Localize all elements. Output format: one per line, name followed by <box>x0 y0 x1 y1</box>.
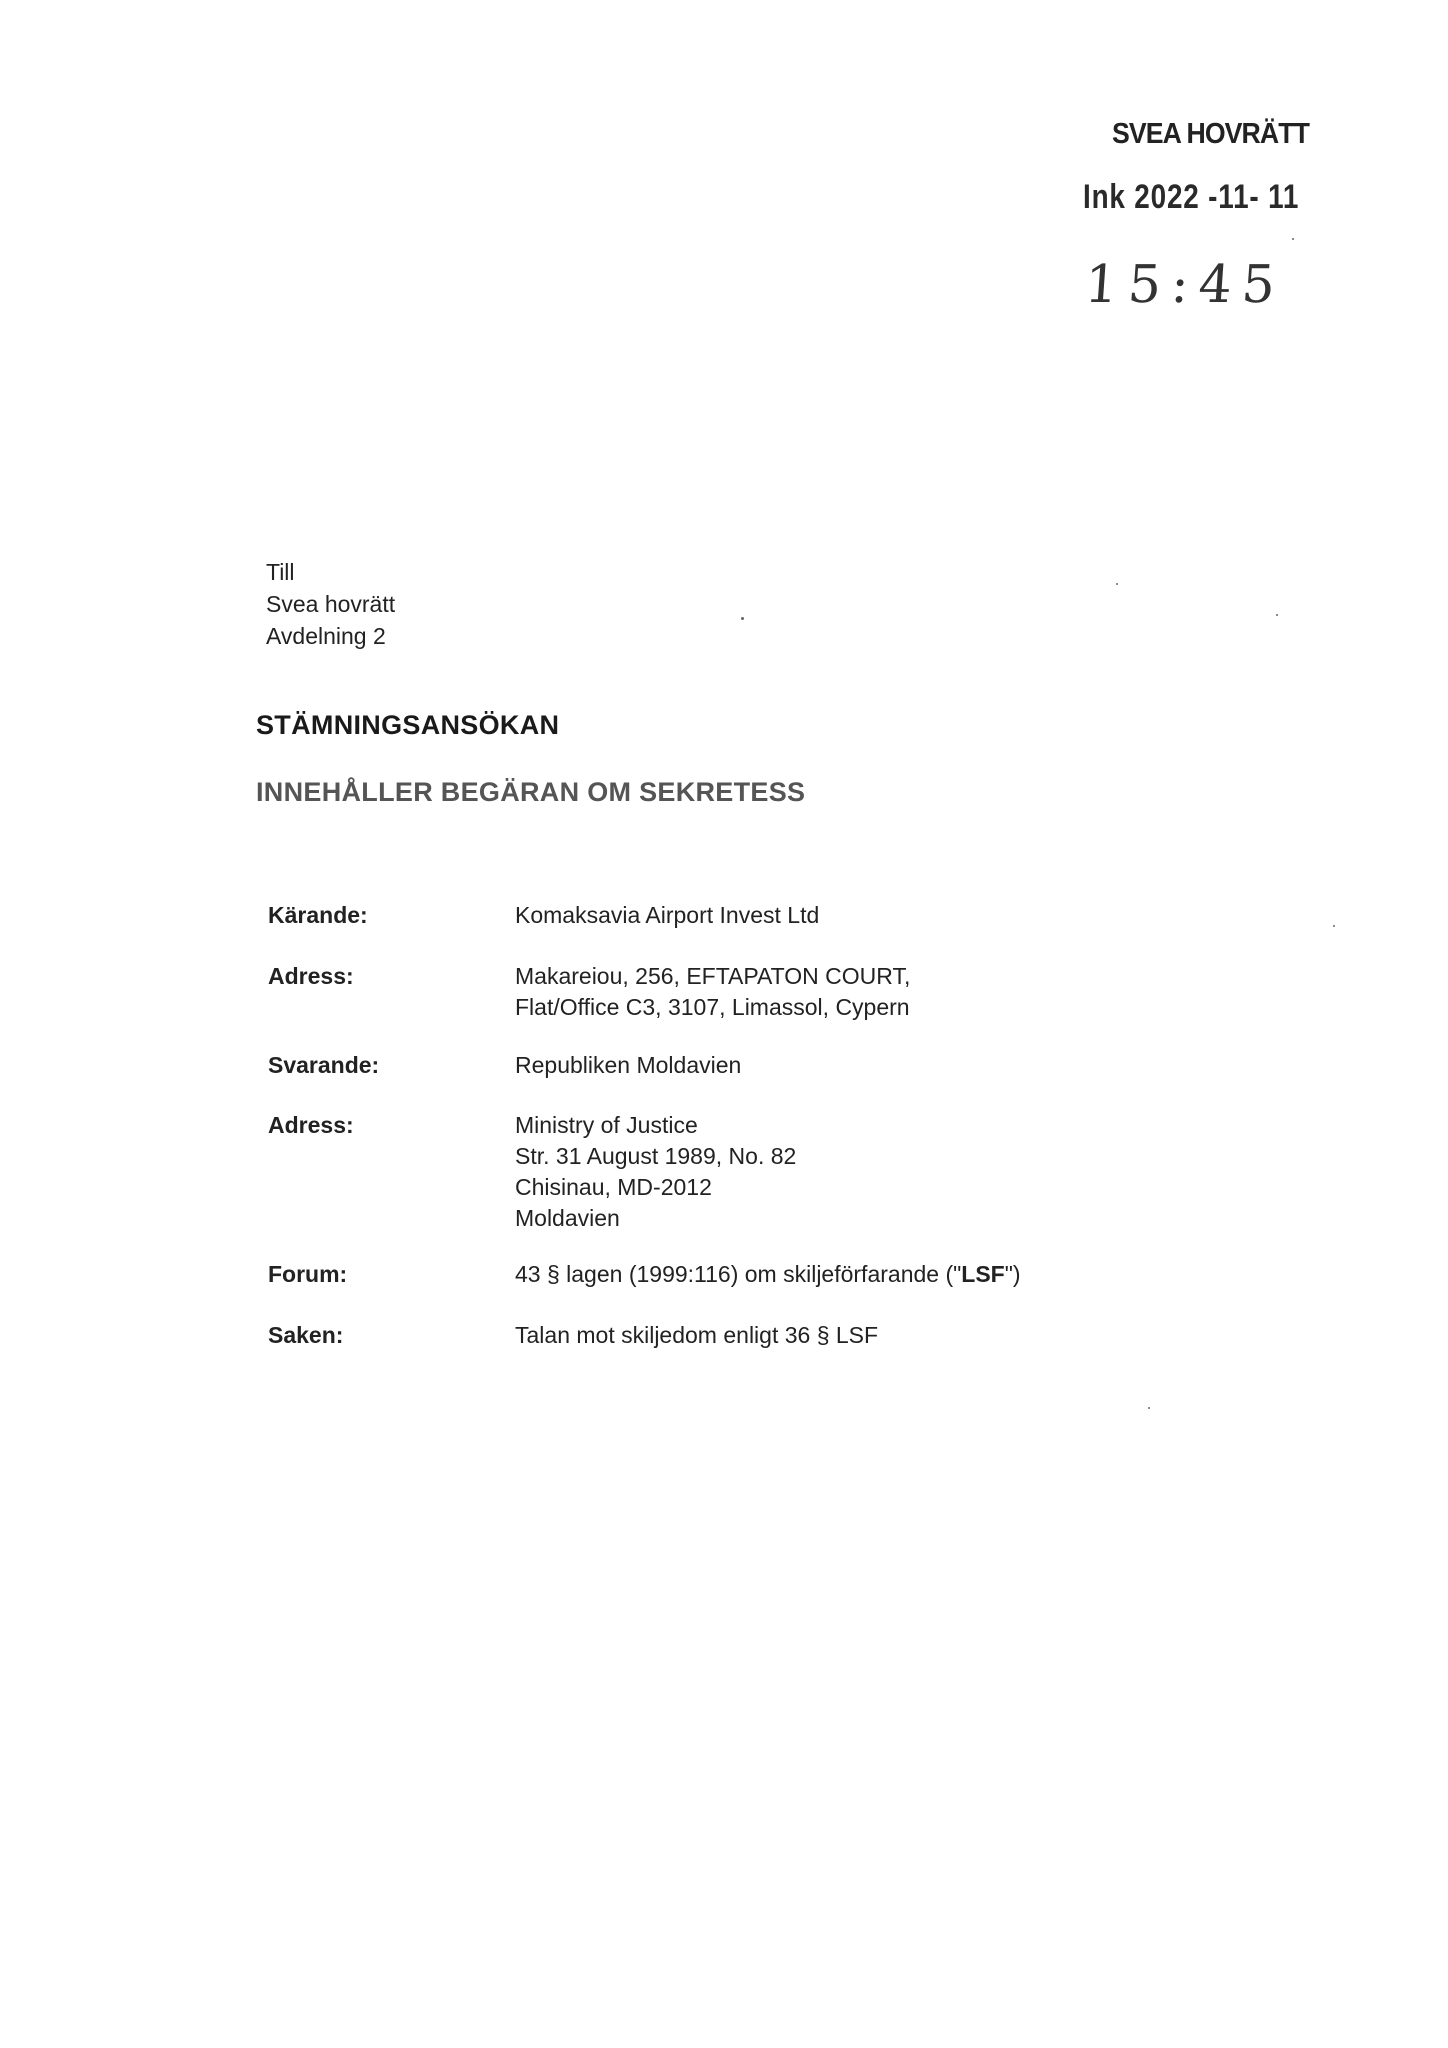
scan-speck <box>1116 583 1118 585</box>
field-value: 43 § lagen (1999:116) om skiljeförfarand… <box>515 1259 1021 1290</box>
field-value: Str. 31 August 1989, No. 82 <box>515 1141 796 1172</box>
document-title: STÄMNINGSANSÖKAN <box>256 710 559 741</box>
addressee-line: Till <box>266 556 395 588</box>
court-stamp-name: SVEA HOVRÄTT <box>1112 118 1309 151</box>
field-value: Chisinau, MD-2012 <box>515 1172 712 1203</box>
field-value: Talan mot skiljedom enligt 36 § LSF <box>515 1320 878 1351</box>
forum-text: 43 § lagen (1999:116) om skiljeförfarand… <box>515 1261 961 1287</box>
forum-text-end: ") <box>1005 1261 1021 1287</box>
scan-speck <box>741 617 744 620</box>
field-value: Makareiou, 256, EFTAPATON COURT, <box>515 961 910 992</box>
field-label: Saken: <box>268 1320 343 1351</box>
field-value: Moldavien <box>515 1203 620 1234</box>
field-label: Kärande: <box>268 900 368 931</box>
scan-speck <box>1292 238 1294 240</box>
field-value: Flat/Office C3, 3107, Limassol, Cypern <box>515 992 910 1023</box>
field-value: Komaksavia Airport Invest Ltd <box>515 900 819 931</box>
field-value: Ministry of Justice <box>515 1110 698 1141</box>
forum-abbrev: LSF <box>961 1261 1004 1287</box>
field-label: Forum: <box>268 1259 347 1290</box>
addressee-block: Till Svea hovrätt Avdelning 2 <box>266 556 395 652</box>
addressee-line: Svea hovrätt <box>266 588 395 620</box>
confidentiality-notice: INNEHÅLLER BEGÄRAN OM SEKRETESS <box>256 777 805 808</box>
scan-speck <box>1148 1407 1150 1409</box>
field-label: Adress: <box>268 961 354 992</box>
scan-speck <box>1276 614 1278 616</box>
received-date-stamp: Ink 2022 -11- 11 <box>1083 178 1299 217</box>
field-value: Republiken Moldavien <box>515 1050 741 1081</box>
field-label: Svarande: <box>268 1050 379 1081</box>
scan-speck <box>1333 925 1335 927</box>
handwritten-time: 15:45 <box>1083 255 1287 315</box>
addressee-line: Avdelning 2 <box>266 620 395 652</box>
field-label: Adress: <box>268 1110 354 1141</box>
